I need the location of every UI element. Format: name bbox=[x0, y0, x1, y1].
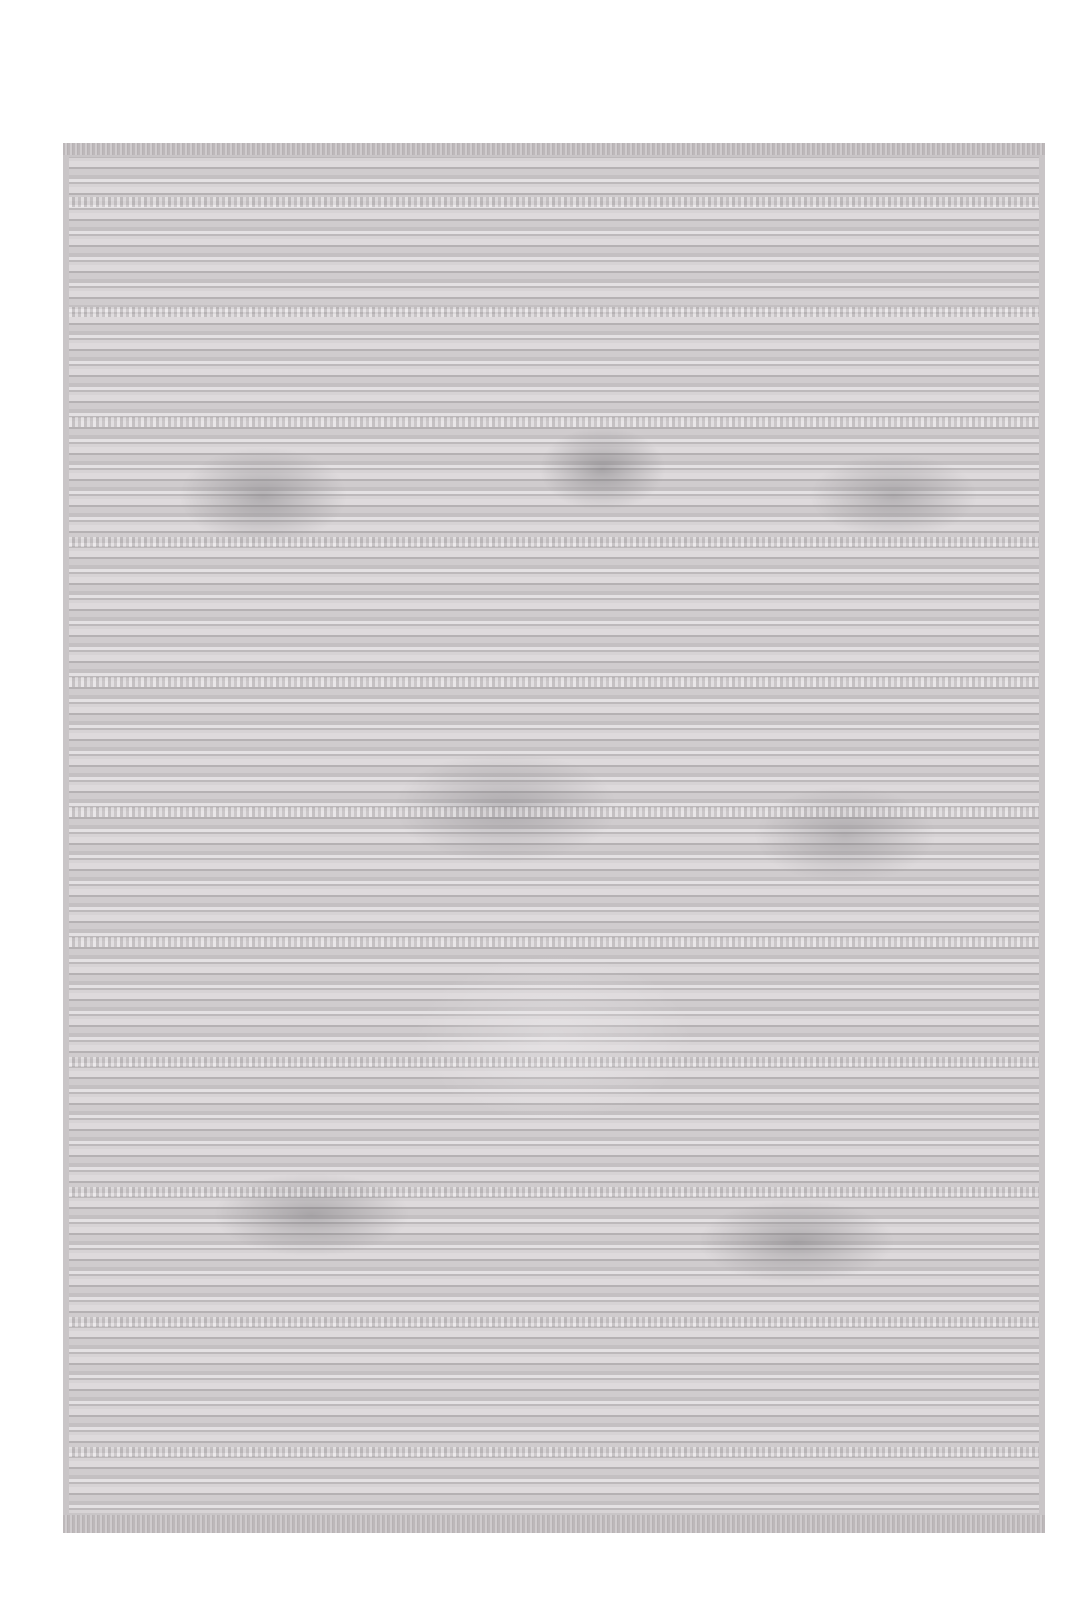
pattern-band bbox=[69, 537, 1039, 547]
pattern-band bbox=[69, 937, 1039, 947]
pattern-band bbox=[69, 1187, 1039, 1197]
pattern-band bbox=[69, 197, 1039, 207]
rug-top-fringe bbox=[63, 143, 1045, 155]
rug-pattern-field bbox=[69, 157, 1039, 1513]
pattern-band bbox=[69, 807, 1039, 817]
pattern-band bbox=[69, 307, 1039, 317]
pattern-band bbox=[69, 1317, 1039, 1327]
rug bbox=[63, 143, 1045, 1533]
pattern-band bbox=[69, 1447, 1039, 1457]
rug-bottom-fringe bbox=[63, 1515, 1045, 1533]
pattern-band bbox=[69, 417, 1039, 427]
pattern-band bbox=[69, 677, 1039, 687]
pattern-band bbox=[69, 1057, 1039, 1067]
